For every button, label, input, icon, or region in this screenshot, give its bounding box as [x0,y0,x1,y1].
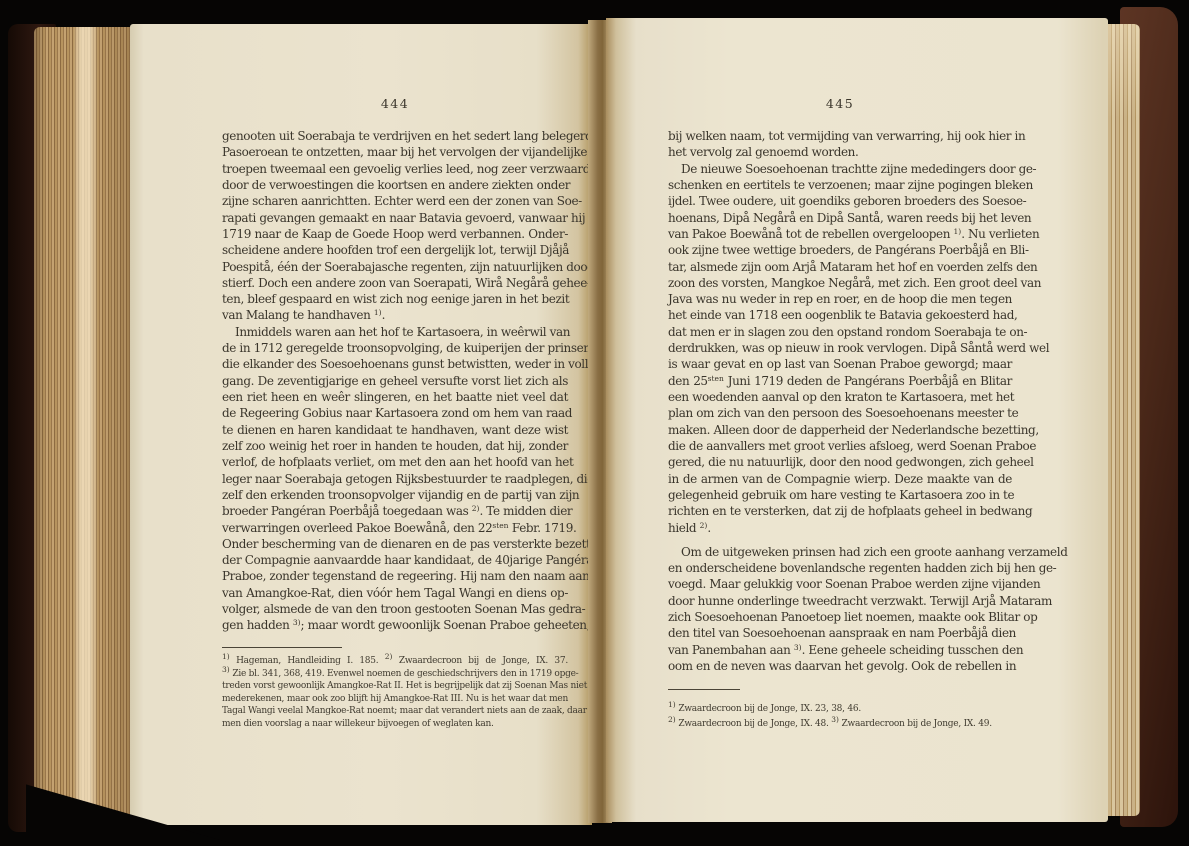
text-line: genooten uit Soerabaja te verdrijven en … [222,128,568,144]
right-page-footnotes: 1) Zwaardecroon bij de Jonge, IX. 23, 38… [668,702,1012,731]
text-line: gen hadden 3); maar wordt gewoonlijk Soe… [222,617,568,633]
text-line: het vervolg zal genoemd worden. [668,144,1012,160]
text-line: oom en de neven was daarvan het gevolg. … [668,658,1012,674]
text-line: het einde van 1718 een oogenblik te Bata… [668,307,1012,323]
left-page: 444 genooten uit Soerabaja te verdrijven… [130,24,592,825]
left-page-number: 444 [222,96,568,111]
right-page: 445 bij welken naam, tot vermijding van … [606,18,1108,822]
text-line: scheidene andere hoofden trof een dergel… [222,242,568,258]
text-line: zelf zoo weinig het roer in handen te ho… [222,438,568,454]
left-page-body-text: genooten uit Soerabaja te verdrijven en … [222,128,568,634]
text-line: bij welken naam, tot vermijding van verw… [668,128,1012,144]
text-line: plan om zich van den persoon des Soesoeh… [668,405,1012,421]
text-line: ten, bleef gespaard en wist zich nog een… [222,291,568,307]
text-line: 3) Zie bl. 341, 368, 419. Evenwel noemen… [222,668,568,681]
text-line: van Pakoe Boewånå tot de rebellen overge… [668,226,1012,242]
text-line: rapati gevangen gemaakt en naar Batavia … [222,210,568,226]
text-line: De nieuwe Soesoehoenan trachtte zijne me… [668,161,1012,177]
text-line: stierf. Doch een andere zoon van Soerapa… [222,275,568,291]
text-line: de in 1712 geregelde troonsopvolging, de… [222,340,568,356]
text-line: zoon des vorsten, Mangkoe Negårå, met zi… [668,275,1012,291]
text-line: treden vorst gewoonlijk Amangkoe-Rat II.… [222,680,568,693]
text-line: mederekenen, maar ook zoo blijft hij Ama… [222,693,568,706]
text-line: die elkander des Soesoehoenans gunst bet… [222,356,568,372]
text-line: ook zijne twee wettige broeders, de Pang… [668,242,1012,258]
text-line: den titel van Soesoehoenan aanspraak en … [668,625,1012,641]
text-line: verwarringen overleed Pakoe Boewånå, den… [222,520,568,536]
paragraph: 1) Zwaardecroon bij de Jonge, IX. 23, 38… [668,702,1012,731]
text-line: van Panembahan aan 3). Eene geheele sche… [668,642,1012,658]
text-line: door de verwoestingen die koortsen en an… [222,177,568,193]
text-line: broeder Pangéran Poerbåjå toegedaan was … [222,503,568,519]
text-line: de Regeering Gobius naar Kartasoera zond… [222,405,568,421]
paragraph: 1) Hageman, Handleiding I. 185. 2) Zwaar… [222,655,568,731]
text-line: gelegenheid gebruik om hare vesting te K… [668,487,1012,503]
text-line: gered, die nu natuurlijk, door den nood … [668,454,1012,470]
text-line: ijdel. Twee oudere, uit goendiks geboren… [668,193,1012,209]
text-line: Tagal Wangi veelal Mangkoe-Rat noemt; ma… [222,705,568,718]
text-line: tar, alsmede zijn oom Arjå Mataram het h… [668,259,1012,275]
footnote-rule [222,647,342,648]
text-line: zelf den erkenden troonsopvolger vijandi… [222,487,568,503]
text-line: voegd. Maar gelukkig voor Soenan Praboe … [668,576,1012,592]
text-line: is waar gevat en op last van Soenan Prab… [668,356,1012,372]
text-line: gang. De zeventigjarige en geheel versuf… [222,373,568,389]
text-line: 1) Hageman, Handleiding I. 185. 2) Zwaar… [222,655,568,668]
paragraph: Om de uitgeweken prinsen had zich een gr… [668,544,1012,675]
text-line: een riet heen en weêr slingeren, en het … [222,389,568,405]
text-line: richten en te versterken, dat zij de hof… [668,503,1012,519]
text-line: 1) Zwaardecroon bij de Jonge, IX. 23, 38… [668,702,1012,717]
text-line: men dien voorslag a naar willekeur bijvo… [222,718,568,731]
paragraph: bij welken naam, tot vermijding van verw… [668,128,1012,161]
text-line: Praboe, zonder tegenstand de regeering. … [222,568,568,584]
text-line: den 25sten Juni 1719 deden de Pangérans … [668,373,1012,389]
text-line: troepen tweemaal een gevoelig verlies le… [222,161,568,177]
text-line: van Amangkoe-Rat, dien vóór hem Tagal Wa… [222,585,568,601]
paragraph: genooten uit Soerabaja te verdrijven en … [222,128,568,324]
right-page-body-text: bij welken naam, tot vermijding van verw… [668,128,1012,674]
text-line: van Malang te handhaven 1). [222,307,568,323]
text-line: in de armen van de Compagnie wierp. Deze… [668,471,1012,487]
left-page-footnotes: 1) Hageman, Handleiding I. 185. 2) Zwaar… [222,655,568,731]
text-line: zich Soesoehoenan Panoetoep liet noemen,… [668,609,1012,625]
paragraph: De nieuwe Soesoehoenan trachtte zijne me… [668,161,1012,536]
text-line: maken. Alleen door de dapperheid der Ned… [668,422,1012,438]
text-line: 1719 naar de Kaap de Goede Hoop werd ver… [222,226,568,242]
left-page-edges [34,27,136,827]
text-line: der Compagnie aanvaardde haar kandidaat,… [222,552,568,568]
text-line: volger, alsmede de van den troon gestoot… [222,601,568,617]
book-scan: 444 genooten uit Soerabaja te verdrijven… [0,0,1189,846]
text-line: leger naar Soerabaja getogen Rijksbestuu… [222,471,568,487]
text-line: te dienen en haren kandidaat te handhave… [222,422,568,438]
footnote-rule [668,689,740,690]
text-line: Poespitå, één der Soerabajasche regenten… [222,259,568,275]
text-line: derdrukken, was op nieuw in rook vervlog… [668,340,1012,356]
text-line: hield 2). [668,520,1012,536]
text-line: die de aanvallers met groot verlies afsl… [668,438,1012,454]
text-line: verlof, de hofplaats verliet, om met den… [222,454,568,470]
text-line: Pasoeroean te ontzetten, maar bij het ve… [222,144,568,160]
text-line: door hunne onderlinge tweedracht verzwak… [668,593,1012,609]
right-page-number: 445 [668,96,1012,111]
text-line: zijne scharen aanrichtten. Echter werd e… [222,193,568,209]
text-line: 2) Zwaardecroon bij de Jonge, IX. 48. 3)… [668,717,1012,732]
text-line: Java was nu weder in rep en roer, en de … [668,291,1012,307]
paragraph: Inmiddels waren aan het hof te Kartasoer… [222,324,568,634]
text-line: dat men er in slagen zou den opstand ron… [668,324,1012,340]
text-line: Inmiddels waren aan het hof te Kartasoer… [222,324,568,340]
text-line: en onderscheidene bovenlandsche regenten… [668,560,1012,576]
text-line: Om de uitgeweken prinsen had zich een gr… [668,544,1012,560]
text-line: Onder bescherming van de dienaren en de … [222,536,568,552]
right-page-edges [1104,24,1140,816]
text-line: een woedenden aanval op den kraton te Ka… [668,389,1012,405]
text-line: hoenans, Dipå Negårå en Dipå Santå, ware… [668,210,1012,226]
text-line: schenken en eertitels te verzoenen; maar… [668,177,1012,193]
